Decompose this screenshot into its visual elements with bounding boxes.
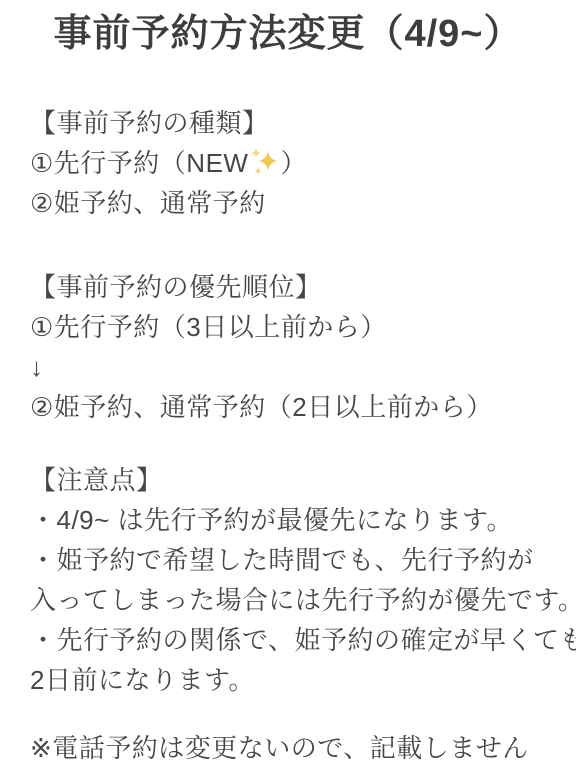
- notice-body: 【事前予約の種類】 ①先行予約（NEW ） ②姫予約、通常予約 【事前予約の優先…: [0, 103, 576, 700]
- notice-page: 事前予約方法変更（4/9~） 【事前予約の種類】 ①先行予約（NEW ） ②姫予…: [0, 0, 576, 772]
- list-item-continuation: 2日前になります。: [30, 660, 556, 700]
- list-item: ・4/9~ は先行予約が最優先になります。: [30, 500, 556, 540]
- list-item: ②姫予約、通常予約: [30, 183, 556, 223]
- list-item: ・姫予約で希望した時間でも、先行予約が: [30, 540, 556, 580]
- footnote: ※電話予約は変更ないので、記載しません: [0, 728, 576, 768]
- section-priority-order: 【事前予約の優先順位】 ①先行予約（3日以上前から） ↓ ②姫予約、通常予約（2…: [30, 267, 556, 427]
- section-heading: 【注意点】: [30, 460, 556, 500]
- sparkles-icon: [249, 147, 279, 177]
- list-item: ①先行予約（NEW ）: [30, 143, 556, 183]
- list-item: ・先行予約の関係で、姫予約の確定が早くても: [30, 620, 556, 660]
- list-item: ①先行予約（3日以上前から）: [30, 307, 556, 347]
- page-title: 事前予約方法変更（4/9~）: [0, 0, 576, 58]
- section-heading: 【事前予約の優先順位】: [30, 267, 556, 307]
- section-reservation-types: 【事前予約の種類】 ①先行予約（NEW ） ②姫予約、通常予約: [30, 103, 556, 223]
- list-item-text: ）: [280, 148, 307, 178]
- down-arrow-icon: ↓: [30, 347, 556, 387]
- list-item-continuation: 入ってしまった場合には先行予約が優先です。: [30, 580, 556, 620]
- list-item: ②姫予約、通常予約（2日以上前から）: [30, 387, 556, 427]
- section-cautions: 【注意点】 ・4/9~ は先行予約が最優先になります。 ・姫予約で希望した時間で…: [30, 460, 556, 700]
- list-item-text: ①先行予約（NEW: [30, 148, 248, 178]
- section-heading: 【事前予約の種類】: [30, 103, 556, 143]
